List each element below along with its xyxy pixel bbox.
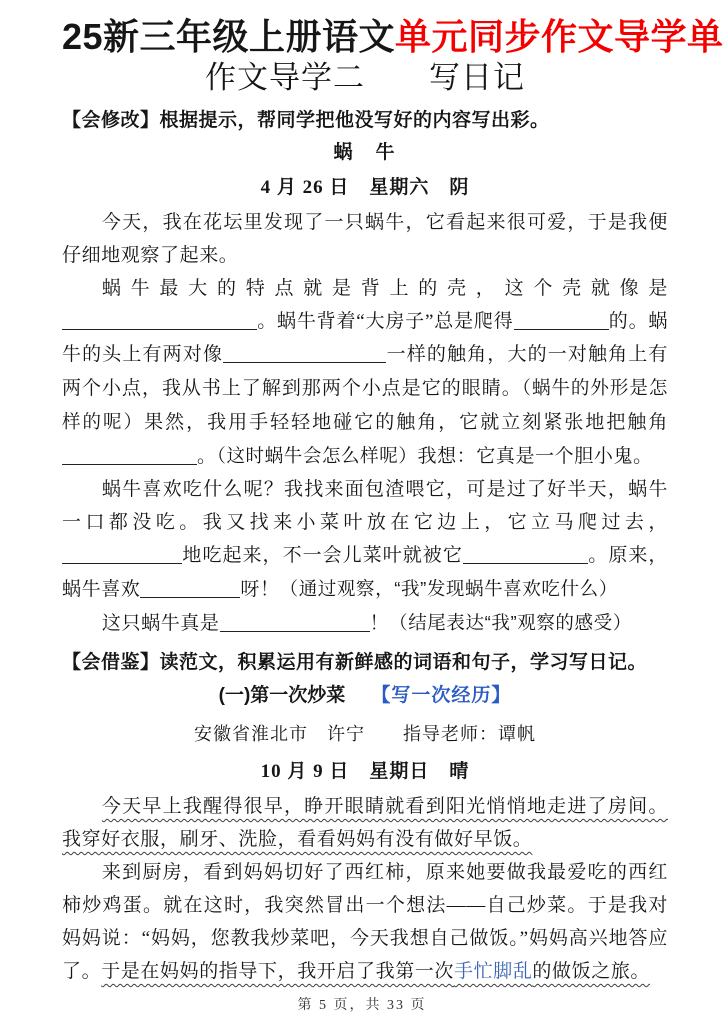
essay2-title-row: (一)第一次炒菜【写一次经历】: [62, 678, 668, 714]
essay1-title: 蜗 牛: [62, 136, 668, 170]
page-title-black: 25新三年级上册语文: [62, 16, 395, 57]
teacher-annotation: （结尾表达“我”观察的感受）: [389, 612, 632, 633]
blank-line: [223, 343, 298, 363]
essay1-body: 今天，我在花坛里发现了一只蜗牛，它看起来很可爱，于是我便仔细地观察了起来。 蜗牛…: [62, 206, 668, 640]
essay2-title: (一)第一次炒菜: [219, 685, 346, 706]
essay2-genre-tag: 【写一次经历】: [371, 685, 511, 706]
blank-line: [140, 578, 240, 598]
section-learn-label: 【会借鉴】读范文，积累运用有新鲜感的词语和句子，学习写日记。: [62, 648, 668, 678]
section-revise-label: 【会修改】根据提示，帮同学把他没写好的内容写出彩。: [62, 106, 668, 136]
essay1-paragraph-3: 蜗牛喜欢吃什么呢？我找来面包渣喂它，可是过了好半天，蜗牛一口都没吃。我又找来小菜…: [62, 473, 668, 606]
page-subtitle: 作文导学二 写日记: [62, 58, 668, 98]
essay2-paragraph-1: 今天早上我醒得很早，睁开眼睛就看到阳光悄悄地走进了房间。我穿好衣服，刷牙、洗脸，…: [62, 790, 668, 856]
essay1-paragraph-4: 这只蜗牛真是！（结尾表达“我”观察的感受）: [62, 606, 668, 640]
teacher-annotation: （这时蜗牛会怎么样呢）: [217, 445, 418, 466]
page-title-red: 单元同步作文导学单: [395, 16, 724, 57]
wavy-highlighted-sentence: 于是在妈妈的指导下，我开启了我第一次手忙脚乱的做饭之旅。: [101, 961, 650, 982]
blank-line: [62, 544, 182, 564]
blank-line: [298, 343, 386, 363]
essay2-author-line: 安徽省淮北市 许宁 指导老师：谭帆: [62, 714, 668, 754]
essay1-date-line: 4 月 26 日 星期六 阴: [62, 170, 668, 206]
essay1-paragraph-1: 今天，我在花坛里发现了一只蜗牛，它看起来很可爱，于是我便仔细地观察了起来。: [62, 206, 668, 272]
worksheet-page: 25新三年级上册语文单元同步作文导学单 作文导学二 写日记 【会修改】根据提示，…: [0, 0, 724, 1024]
essay2-body: 今天早上我醒得很早，睁开眼睛就看到阳光悄悄地走进了房间。我穿好衣服，刷牙、洗脸，…: [62, 790, 668, 988]
teacher-annotation: （通过观察，“我”发现蜗牛喜欢吃什么）: [280, 578, 618, 599]
essay1-paragraph-2: 蜗牛最大的特点就是背上的壳，这个壳就像是。蜗牛背着“大房子”总是爬得的。蜗牛的头…: [62, 272, 668, 473]
essay2-paragraph-2: 来到厨房，看到妈妈切好了西红柿，原来她要做我最爱吃的西红柿炒鸡蛋。就在这时，我突…: [62, 856, 668, 988]
wavy-highlighted-sentence: 今天早上我醒得很早，睁开眼睛就看到阳光悄悄地走进了房间。我穿好衣服，刷牙、洗脸，…: [62, 796, 668, 850]
blank-line: [514, 310, 609, 330]
blank-line: [62, 445, 197, 465]
page-title: 25新三年级上册语文单元同步作文导学单: [62, 16, 668, 58]
blank-line: [62, 310, 257, 330]
blank-line: [220, 612, 370, 632]
essay2-date-line: 10 月 9 日 星期日 晴: [62, 754, 668, 790]
blank-line: [463, 544, 588, 564]
highlighted-word: 手忙脚乱: [454, 961, 532, 982]
page-number: 第 5 页，共 33 页: [0, 994, 724, 1014]
